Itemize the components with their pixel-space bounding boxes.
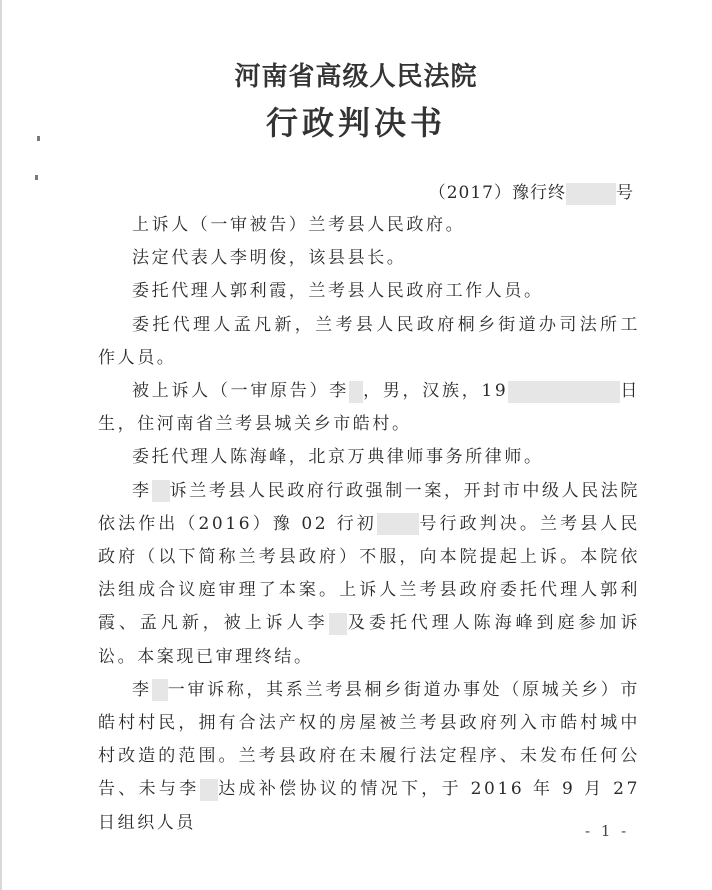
redaction-box <box>377 513 419 535</box>
judgment-body: 上诉人（一审被告）兰考县人民政府。 法定代表人李明俊，该县县长。 委托代理人郭利… <box>98 209 640 840</box>
redaction-box <box>508 381 620 403</box>
redaction-box <box>152 679 168 701</box>
paragraph-case-background: 李诉兰考县人民政府行政强制一案，开封市中级人民法院依法作出（2016）豫 02 … <box>98 475 640 674</box>
redaction-box <box>200 779 218 801</box>
paragraph-appellee: 被上诉人（一审原告）李，男，汉族，19日生，住河南省兰考县城关乡市皓村。 <box>98 375 640 441</box>
case-number-prefix: （2017）豫行终 <box>429 183 566 203</box>
page-number: - 1 - <box>585 822 629 840</box>
paragraph-appellee-agent: 委托代理人陈海峰，北京万典律师事务所律师。 <box>98 441 640 474</box>
paragraph-first-instance-claim: 李一审诉称，其系兰考县桐乡街道办事处（原城关乡）市皓村村民，拥有合法产权的房屋被… <box>98 674 640 840</box>
paragraph-agent-1: 委托代理人郭利霞，兰考县人民政府工作人员。 <box>98 275 640 308</box>
case-number: （2017）豫行终号 <box>429 178 634 205</box>
case-number-suffix: 号 <box>616 183 634 203</box>
document-type-title: 行政判决书 <box>0 98 712 144</box>
paragraph-agent-2: 委托代理人孟凡新，兰考县人民政府桐乡街道办司法所工作人员。 <box>98 309 640 375</box>
redaction-box <box>152 480 170 502</box>
redaction-box <box>329 613 347 635</box>
paragraph-legal-representative: 法定代表人李明俊，该县县长。 <box>98 242 640 275</box>
court-name: 河南省高级人民法院 <box>0 56 712 93</box>
redaction-box <box>349 381 363 403</box>
redaction-box <box>566 183 616 205</box>
scan-artifact <box>35 175 38 180</box>
paragraph-appellant: 上诉人（一审被告）兰考县人民政府。 <box>98 209 640 242</box>
